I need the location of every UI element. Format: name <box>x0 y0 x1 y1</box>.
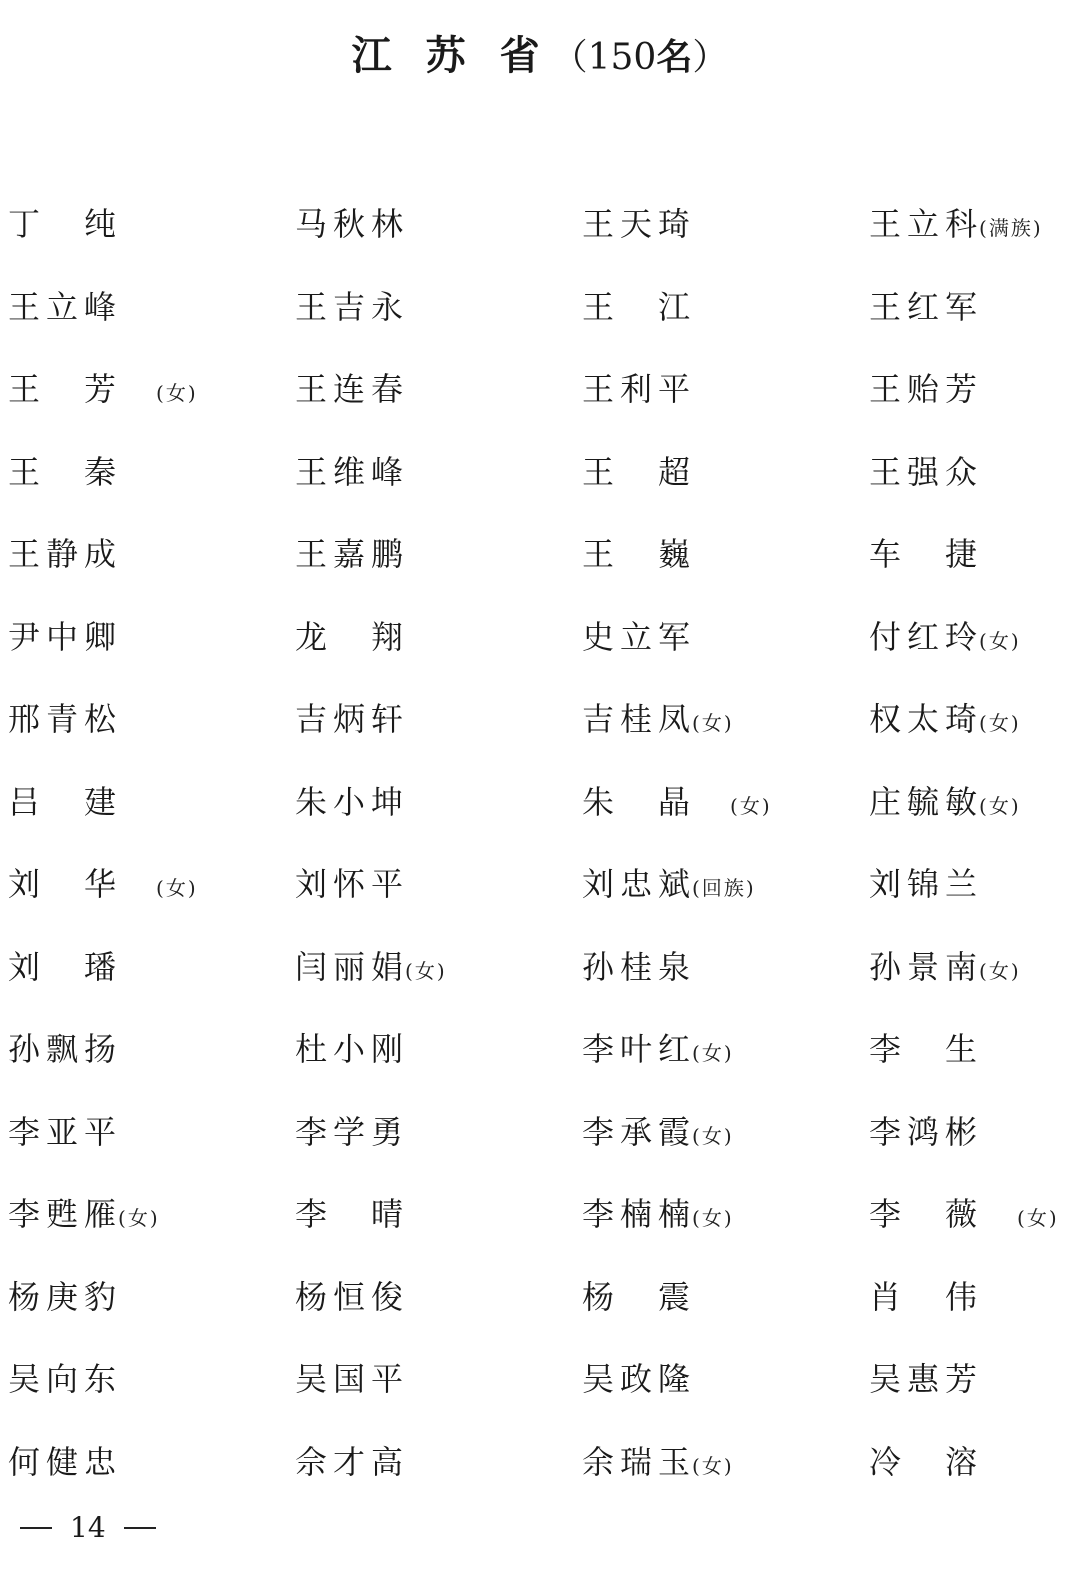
name-entry: 王秦 <box>8 444 295 527</box>
person-note: (女) <box>692 1025 734 1081</box>
name-row: 王秦 王维峰 王超 王强众 <box>8 444 1080 527</box>
name-entry: 余瑞玉(女) <box>582 1434 869 1517</box>
page-title: 江苏省（150名） <box>0 28 1080 86</box>
person-name: 王芳 <box>8 361 160 417</box>
count-close-paren: ） <box>692 37 728 78</box>
person-note: (女) <box>692 1108 734 1164</box>
person-name: 王贻芳 <box>869 361 983 417</box>
person-name: 权太琦 <box>869 691 983 747</box>
name-entry: 尹中卿 <box>8 609 295 692</box>
name-entry: 孙桂泉 <box>582 939 869 1022</box>
name-entry: 王利平 <box>582 361 869 444</box>
person-name: 王静成 <box>8 526 122 582</box>
name-row: 杨庚豹 杨恒俊 杨震 肖伟 <box>8 1269 1080 1352</box>
page-footer: 14 <box>20 1508 156 1548</box>
person-name: 何健忠 <box>8 1434 122 1490</box>
name-entry: 佘才高 <box>295 1434 582 1517</box>
name-entry: 李楠楠(女) <box>582 1186 869 1269</box>
name-entry: 朱小坤 <box>295 774 582 857</box>
name-entry: 王贻芳 <box>869 361 1080 444</box>
person-name: 肖伟 <box>869 1269 1021 1325</box>
person-note: (女) <box>118 1190 160 1246</box>
person-note: (女) <box>730 778 772 834</box>
name-entry: 吉桂凤(女) <box>582 691 869 774</box>
name-entry: 李叶红(女) <box>582 1021 869 1104</box>
person-note: (女) <box>1017 1190 1059 1246</box>
person-name: 李亚平 <box>8 1104 122 1160</box>
name-entry: 庄毓敏(女) <box>869 774 1080 857</box>
person-name: 王立科 <box>869 196 983 252</box>
name-entry: 龙翔 <box>295 609 582 692</box>
person-name: 孙飘扬 <box>8 1021 122 1077</box>
person-name: 王利平 <box>582 361 696 417</box>
person-name: 李承霞 <box>582 1104 696 1160</box>
name-entry: 吴政隆 <box>582 1351 869 1434</box>
name-entry: 李亚平 <box>8 1104 295 1187</box>
person-note: (女) <box>979 695 1021 751</box>
name-entry: 刘华(女) <box>8 856 295 939</box>
person-name: 杨庚豹 <box>8 1269 122 1325</box>
name-entry: 李晴 <box>295 1186 582 1269</box>
person-name: 吴政隆 <box>582 1351 696 1407</box>
name-entry: 刘忠斌(回族) <box>582 856 869 939</box>
name-entry: 王红军 <box>869 279 1080 362</box>
person-name: 王巍 <box>582 526 734 582</box>
person-name: 刘怀平 <box>295 856 409 912</box>
name-entry: 朱晶(女) <box>582 774 869 857</box>
person-name: 刘忠斌 <box>582 856 696 912</box>
name-entry: 杨恒俊 <box>295 1269 582 1352</box>
name-entry: 李甦雁(女) <box>8 1186 295 1269</box>
name-entry: 李生 <box>869 1021 1080 1104</box>
name-entry: 冷溶 <box>869 1434 1080 1517</box>
name-row: 吴向东 吴国平 吴政隆 吴惠芳 <box>8 1351 1080 1434</box>
person-note: (女) <box>156 860 198 916</box>
name-row: 刘华(女) 刘怀平 刘忠斌(回族) 刘锦兰 <box>8 856 1080 939</box>
person-name: 佘才高 <box>295 1434 409 1490</box>
province-name: 江苏省 <box>352 32 574 79</box>
person-name: 王天琦 <box>582 196 696 252</box>
person-name: 丁纯 <box>8 196 160 252</box>
name-entry: 王立峰 <box>8 279 295 362</box>
person-name: 刘锦兰 <box>869 856 983 912</box>
name-entry: 王立科(满族) <box>869 196 1080 279</box>
name-row: 孙飘扬 杜小刚 李叶红(女) 李生 <box>8 1021 1080 1104</box>
name-row: 何健忠 佘才高 余瑞玉(女) 冷溶 <box>8 1434 1080 1517</box>
person-name: 朱晶 <box>582 774 734 830</box>
name-entry: 车捷 <box>869 526 1080 609</box>
name-row: 李亚平 李学勇 李承霞(女) 李鸿彬 <box>8 1104 1080 1187</box>
name-entry: 权太琦(女) <box>869 691 1080 774</box>
person-name: 余瑞玉 <box>582 1434 696 1490</box>
name-row: 王立峰 王吉永 王江 王红军 <box>8 279 1080 362</box>
person-note: (女) <box>156 365 198 421</box>
name-entry: 孙飘扬 <box>8 1021 295 1104</box>
person-note: (女) <box>979 943 1021 999</box>
person-name: 王江 <box>582 279 734 335</box>
name-entry: 吴国平 <box>295 1351 582 1434</box>
person-name: 吴向东 <box>8 1351 122 1407</box>
person-name: 付红玲 <box>869 609 983 665</box>
name-entry: 吕建 <box>8 774 295 857</box>
name-row: 李甦雁(女) 李晴 李楠楠(女) 李薇(女) <box>8 1186 1080 1269</box>
name-row: 吕建 朱小坤 朱晶(女) 庄毓敏(女) <box>8 774 1080 857</box>
person-name: 王连春 <box>295 361 409 417</box>
person-name: 马秋林 <box>295 196 409 252</box>
person-name: 李鸿彬 <box>869 1104 983 1160</box>
name-entry: 李鸿彬 <box>869 1104 1080 1187</box>
name-entry: 王维峰 <box>295 444 582 527</box>
person-name: 李甦雁 <box>8 1186 122 1242</box>
person-name: 李叶红 <box>582 1021 696 1077</box>
name-entry: 吉炳轩 <box>295 691 582 774</box>
name-entry: 王静成 <box>8 526 295 609</box>
name-entry: 王嘉鹏 <box>295 526 582 609</box>
person-note: (女) <box>979 613 1021 669</box>
person-name: 王红军 <box>869 279 983 335</box>
name-row: 王静成 王嘉鹏 王巍 车捷 <box>8 526 1080 609</box>
person-name: 车捷 <box>869 526 1021 582</box>
person-name: 王强众 <box>869 444 983 500</box>
delegate-count: （150名） <box>552 37 729 78</box>
person-name: 吴惠芳 <box>869 1351 983 1407</box>
name-entry: 丁纯 <box>8 196 295 279</box>
person-name: 刘璠 <box>8 939 160 995</box>
person-name: 杨恒俊 <box>295 1269 409 1325</box>
name-entry: 吴向东 <box>8 1351 295 1434</box>
person-note: (女) <box>692 1190 734 1246</box>
name-row: 丁纯 马秋林 王天琦 王立科(满族) <box>8 196 1080 279</box>
person-name: 李生 <box>869 1021 1021 1077</box>
person-name: 尹中卿 <box>8 609 122 665</box>
name-row: 尹中卿 龙翔 史立军 付红玲(女) <box>8 609 1080 692</box>
name-row: 王芳(女) 王连春 王利平 王贻芳 <box>8 361 1080 444</box>
person-name: 孙景南 <box>869 939 983 995</box>
name-entry: 李承霞(女) <box>582 1104 869 1187</box>
name-entry: 闫丽娟(女) <box>295 939 582 1022</box>
name-entry: 何健忠 <box>8 1434 295 1517</box>
name-entry: 刘怀平 <box>295 856 582 939</box>
person-name: 王吉永 <box>295 279 409 335</box>
person-note: (女) <box>405 943 447 999</box>
name-row: 刘璠 闫丽娟(女) 孙桂泉 孙景南(女) <box>8 939 1080 1022</box>
name-entry: 王吉永 <box>295 279 582 362</box>
name-entry: 史立军 <box>582 609 869 692</box>
person-name: 刘华 <box>8 856 160 912</box>
name-entry: 杨震 <box>582 1269 869 1352</box>
name-list: 丁纯 马秋林 王天琦 王立科(满族) 王立峰 王吉永 王江 王红军 王芳(女) … <box>8 196 1080 1516</box>
count-open-paren: （ <box>552 37 588 78</box>
name-entry: 王江 <box>582 279 869 362</box>
person-name: 杨震 <box>582 1269 734 1325</box>
person-name: 吉炳轩 <box>295 691 409 747</box>
person-name: 庄毓敏 <box>869 774 983 830</box>
person-name: 闫丽娟 <box>295 939 409 995</box>
person-name: 冷溶 <box>869 1434 1021 1490</box>
person-name: 李学勇 <box>295 1104 409 1160</box>
person-name: 王超 <box>582 444 734 500</box>
person-name: 李晴 <box>295 1186 447 1242</box>
name-entry: 刘锦兰 <box>869 856 1080 939</box>
count-number: 150 <box>588 37 657 78</box>
name-entry: 王芳(女) <box>8 361 295 444</box>
page-number: 14 <box>70 1508 106 1548</box>
name-entry: 孙景南(女) <box>869 939 1080 1022</box>
person-name: 邢青松 <box>8 691 122 747</box>
name-row: 邢青松 吉炳轩 吉桂凤(女) 权太琦(女) <box>8 691 1080 774</box>
person-name: 杜小刚 <box>295 1021 409 1077</box>
person-name: 吕建 <box>8 774 160 830</box>
name-entry: 王巍 <box>582 526 869 609</box>
name-entry: 李学勇 <box>295 1104 582 1187</box>
person-name: 李楠楠 <box>582 1186 696 1242</box>
person-name: 吉桂凤 <box>582 691 696 747</box>
person-name: 王嘉鹏 <box>295 526 409 582</box>
count-unit: 名 <box>656 36 692 78</box>
person-name: 孙桂泉 <box>582 939 696 995</box>
person-note: (满族) <box>979 200 1043 256</box>
name-entry: 马秋林 <box>295 196 582 279</box>
name-entry: 付红玲(女) <box>869 609 1080 692</box>
name-entry: 肖伟 <box>869 1269 1080 1352</box>
person-note: (女) <box>692 695 734 751</box>
name-entry: 邢青松 <box>8 691 295 774</box>
name-entry: 杜小刚 <box>295 1021 582 1104</box>
person-name: 王维峰 <box>295 444 409 500</box>
person-name: 李薇 <box>869 1186 1021 1242</box>
name-entry: 王连春 <box>295 361 582 444</box>
person-name: 龙翔 <box>295 609 447 665</box>
name-entry: 王超 <box>582 444 869 527</box>
name-entry: 王强众 <box>869 444 1080 527</box>
name-entry: 王天琦 <box>582 196 869 279</box>
person-note: (女) <box>979 778 1021 834</box>
dash-right <box>124 1527 156 1529</box>
person-name: 王立峰 <box>8 279 122 335</box>
name-entry: 刘璠 <box>8 939 295 1022</box>
name-entry: 李薇(女) <box>869 1186 1080 1269</box>
dash-left <box>20 1527 52 1529</box>
person-name: 王秦 <box>8 444 160 500</box>
name-entry: 杨庚豹 <box>8 1269 295 1352</box>
person-name: 朱小坤 <box>295 774 409 830</box>
person-note: (女) <box>692 1438 734 1494</box>
person-note: (回族) <box>692 860 756 916</box>
person-name: 史立军 <box>582 609 696 665</box>
person-name: 吴国平 <box>295 1351 409 1407</box>
name-entry: 吴惠芳 <box>869 1351 1080 1434</box>
